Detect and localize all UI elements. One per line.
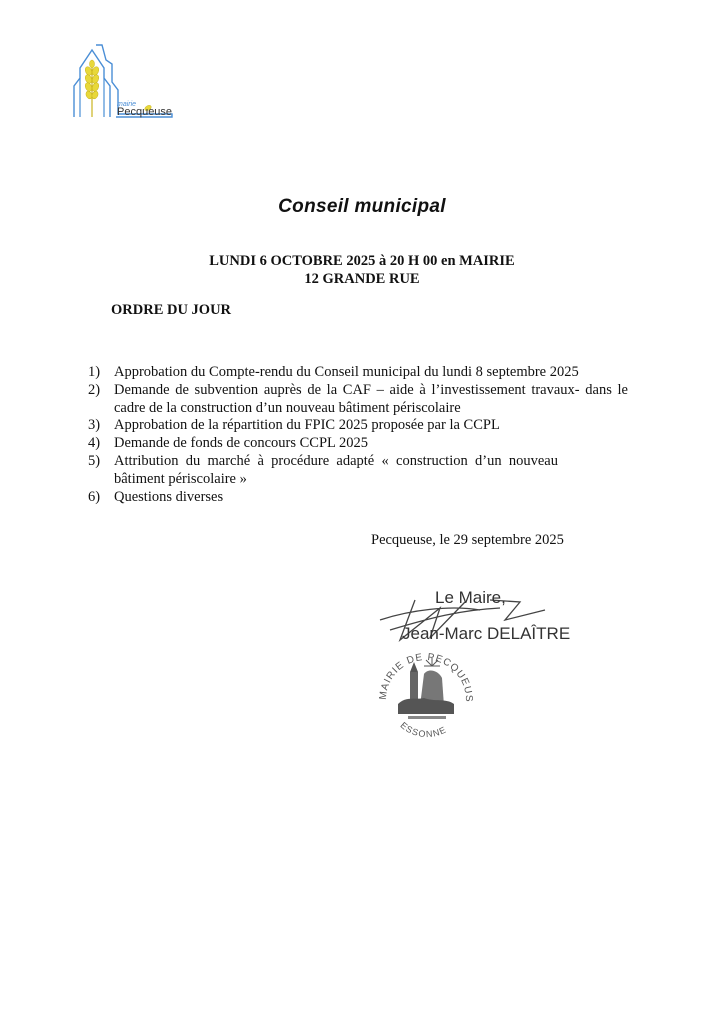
agenda-item: 3) Approbation de la répartition du FPIC…	[88, 417, 628, 435]
agenda-item-number: 4)	[88, 435, 100, 453]
place-and-date: Pecqueuse, le 29 septembre 2025	[371, 532, 564, 549]
agenda-item-number: 5)	[88, 453, 100, 471]
agenda-item-text: Attribution du marché à procédure adapté…	[114, 453, 558, 487]
agenda-item-number: 2)	[88, 382, 100, 400]
agenda-item-number: 6)	[88, 489, 100, 507]
document-title: Conseil municipal	[0, 196, 724, 218]
agenda-item-text: Approbation du Compte-rendu du Conseil m…	[114, 364, 579, 380]
svg-text:ESSONNE: ESSONNE	[398, 720, 448, 739]
logo-town-name: Pecqueuse	[117, 106, 172, 118]
agenda-item: 4) Demande de fonds de concours CCPL 202…	[88, 435, 628, 453]
agenda-item: 5) Attribution du marché à procédure ada…	[88, 453, 628, 489]
agenda-item-text: Demande de subvention auprès de la CAF –…	[114, 382, 628, 416]
agenda-item-text: Approbation de la répartition du FPIC 20…	[114, 417, 500, 433]
agenda-item-text: Questions diverses	[114, 489, 223, 505]
agenda-item: 2) Demande de subvention auprès de la CA…	[88, 382, 628, 418]
agenda-item-number: 1)	[88, 364, 100, 382]
town-seal-icon: MAIRIE DE PECQUEUSE ESSONNE	[372, 640, 480, 740]
agenda-list: 1) Approbation du Compte-rendu du Consei…	[88, 364, 628, 506]
meeting-datetime: LUNDI 6 OCTOBRE 2025 à 20 H 00 en MAIRIE	[0, 252, 724, 270]
meeting-address: 12 GRANDE RUE	[0, 270, 724, 288]
agenda-heading: ORDRE DU JOUR	[111, 302, 231, 319]
agenda-item: 6) Questions diverses	[88, 489, 628, 507]
agenda-item-text: Demande de fonds de concours CCPL 2025	[114, 435, 368, 451]
agenda-item-number: 3)	[88, 417, 100, 435]
agenda-item: 1) Approbation du Compte-rendu du Consei…	[88, 364, 628, 382]
signature-title: Le Maire,	[435, 588, 506, 608]
meeting-details: LUNDI 6 OCTOBRE 2025 à 20 H 00 en MAIRIE…	[0, 252, 724, 288]
official-stamp: MAIRIE DE PECQUEUSE ESSONNE	[372, 640, 480, 740]
